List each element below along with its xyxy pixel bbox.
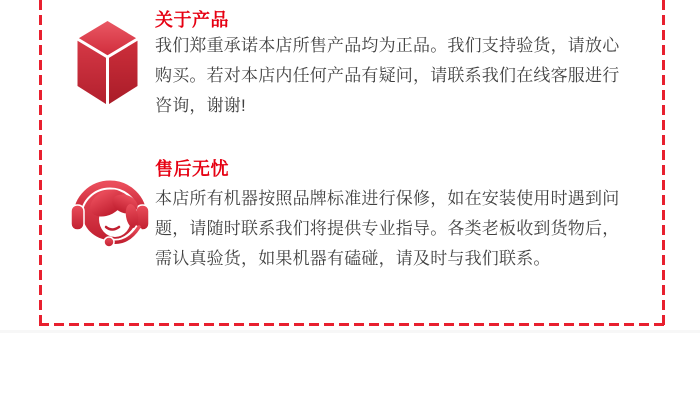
about-product-section: 关于产品 我们郑重承诺本店所售产品均为正品。我们支持验货，请放心 购买。若对本店… (40, 9, 645, 121)
section-title: 关于产品 (155, 9, 645, 31)
body-line: 本店所有机器按照品牌标准进行保修，如在安装使用时遇到问 (155, 184, 645, 214)
after-sales-section: 售后无忧 本店所有机器按照品牌标准进行保修，如在安装使用时遇到问 题，请随时联系… (40, 158, 645, 274)
dashed-border-right (662, 0, 665, 326)
product-box-icon (76, 20, 139, 106)
section-body: 我们郑重承诺本店所售产品均为正品。我们支持验货，请放心 购买。若对本店内任何产品… (155, 31, 645, 121)
body-line: 需认真验货，如果机器有磕碰，请及时与我们联系。 (155, 244, 645, 274)
section-title: 售后无忧 (155, 158, 645, 180)
page-edge-line (0, 330, 700, 333)
body-line: 题，请随时联系我们将提供专业指导。各类老板收到货物后， (155, 214, 645, 244)
section-body: 本店所有机器按照品牌标准进行保修，如在安装使用时遇到问 题，请随时联系我们将提供… (155, 184, 645, 274)
dashed-border-bottom (39, 323, 665, 326)
body-line: 咨询，谢谢! (155, 91, 645, 121)
body-line: 我们郑重承诺本店所售产品均为正品。我们支持验货，请放心 (155, 31, 645, 61)
customer-service-headset-icon (70, 180, 150, 252)
body-line: 购买。若对本店内任何产品有疑问，请联系我们在线客服进行 (155, 61, 645, 91)
